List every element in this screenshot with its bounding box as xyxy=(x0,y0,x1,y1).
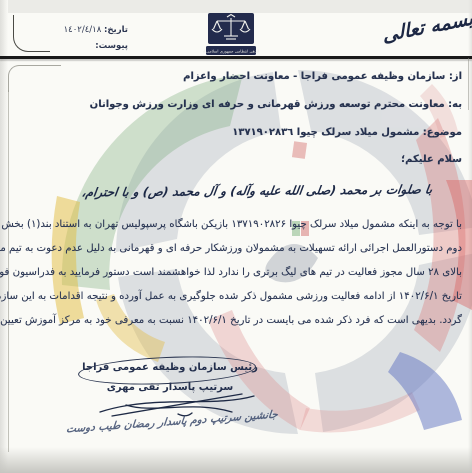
subject-label: موضوع: xyxy=(423,127,462,138)
date-label: تاریخ: xyxy=(104,25,128,35)
salawat-calligraphy-line: با صلوات بر محمد (صلی الله علیه وآله) و … xyxy=(59,182,433,199)
scanned-letter-page: بسمه تعالی تاریخ: ١٤٠٢/٤/١٨ پیوست: فرمان… xyxy=(0,0,472,473)
to-label: به: xyxy=(448,99,462,110)
from-value: سازمان وظیفه عمومی فراجا - معاونت احضار … xyxy=(183,71,445,82)
date-attachment-box: تاریخ: ١٤٠٢/٤/١٨ پیوست: xyxy=(24,22,128,54)
subject-value: مشمول میلاد سرلک چیوا ١٣٧١٩٠٢٨٣٦ xyxy=(232,127,419,138)
scan-edge-bottom xyxy=(0,447,472,473)
to-value: معاونت محترم توسعه ورزش قهرمانی و حرفه ا… xyxy=(90,99,445,110)
from-label: از: xyxy=(449,71,462,82)
from-row: از: سازمان وظیفه عمومی فراجا - معاونت اح… xyxy=(20,71,462,82)
body-line-4: تاریخ ۱۴۰۲/۶/۱ از ادامه فعالیت ورزشی مشم… xyxy=(20,285,462,309)
signer-title: رئیس سازمان وظیفه عمومی فراجا xyxy=(60,362,280,373)
date-value: ١٤٠٢/٤/١٨ xyxy=(64,25,102,35)
body-line-2: دوم دستورالعمل اجرائی ارائه تسهیلات به م… xyxy=(20,237,462,261)
greeting-line: سلام علیکم؛ xyxy=(20,154,462,165)
emblem-caption: فرماندهی انتظامی جمهوری اسلامی ایران xyxy=(203,49,259,54)
header-divider-rule xyxy=(0,56,472,59)
body-line-1: با توجه به اینکه مشمول میلاد سرلک چیوا ۱… xyxy=(20,213,462,237)
signature-block: رئیس سازمان وظیفه عمومی فراجا سرتیپ پاسد… xyxy=(60,362,280,393)
body-line-3: بالای ۲۸ سال مجوز فعالیت در تیم های لیگ … xyxy=(20,261,462,285)
date-row: تاریخ: ١٤٠٢/٤/١٨ xyxy=(24,22,128,38)
to-row: به: معاونت محترم توسعه ورزش قهرمانی و حر… xyxy=(20,99,462,110)
attachment-label: پیوست: xyxy=(95,41,128,51)
body-line-5: گردد. بدیهی است که فرد ذکر شده می بایست … xyxy=(20,309,462,333)
content-frame-right-line xyxy=(468,58,469,110)
bismillah-calligraphy: بسمه تعالی xyxy=(382,7,472,47)
subject-row: موضوع: مشمول میلاد سرلک چیوا ١٣٧١٩٠٢٨٣٦ xyxy=(20,127,462,138)
attachment-row: پیوست: xyxy=(24,38,128,54)
letter-body: با توجه به اینکه مشمول میلاد سرلک چیوا ۱… xyxy=(20,213,462,333)
police-emblem-icon: فرماندهی انتظامی جمهوری اسلامی ایران xyxy=(203,12,259,58)
